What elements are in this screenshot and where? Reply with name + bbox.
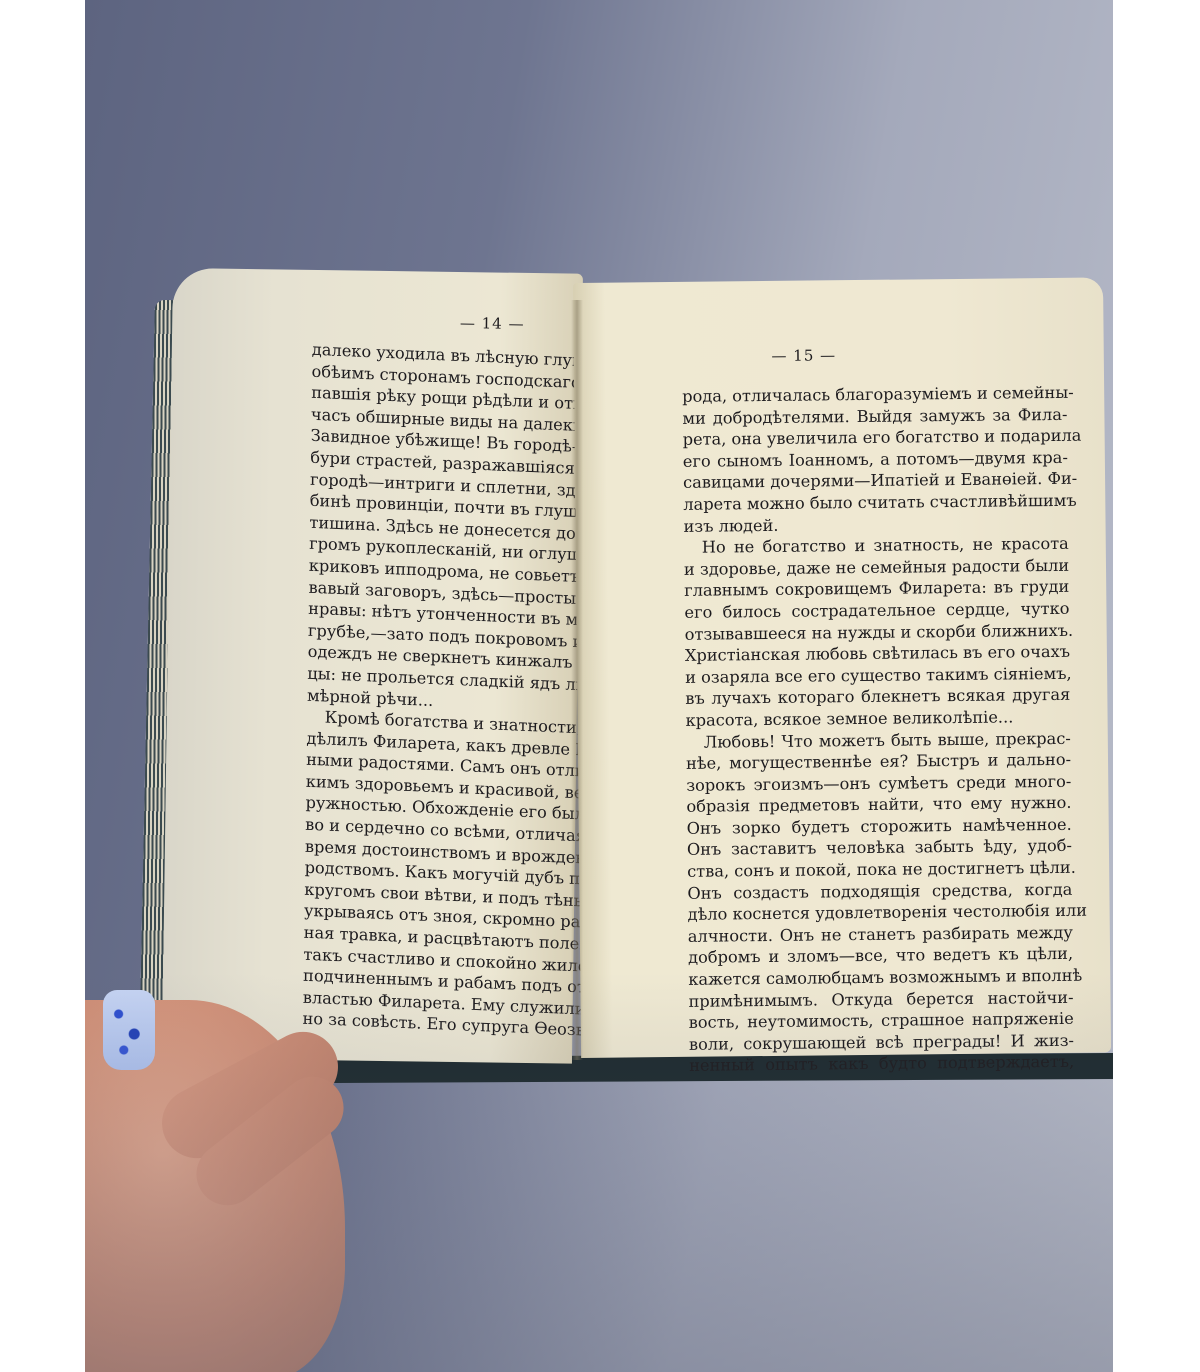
- left-page-text: далеко уходила въ лѣсную глушь. Лишь к о…: [302, 339, 612, 1043]
- text-line: воли, сокрушающей всѣ преграды! И жиз-: [689, 1030, 1074, 1056]
- text-line: вость, неутомимость, страшное напряженіе: [689, 1008, 1074, 1034]
- finger: [184, 1064, 356, 1218]
- book-cover-edge: [255, 1053, 1113, 1084]
- book-photo: — 14 — далеко уходила въ лѣсную глушь. Л…: [85, 0, 1113, 1372]
- right-page-text: рода, отличалась благоразуміемъ и семейн…: [682, 382, 1074, 1077]
- text-line: властью Филарета. Ему служили не за стра…: [303, 987, 603, 1021]
- book-gutter: [571, 300, 583, 1060]
- text-line: но за совѣсть. Его супруга Өеозва, знатн…: [302, 1008, 602, 1042]
- text-line: ларета можно было считать счастливѣйшимъ: [683, 490, 1068, 516]
- finger: [150, 1019, 351, 1170]
- text-line: кажется самолюбцамъ возможнымъ и вполнѣ: [688, 965, 1073, 991]
- text-line: ненный опытъ какъ будто подтверждаетъ,: [689, 1051, 1074, 1077]
- hand: [85, 1000, 345, 1372]
- page-number-left: — 14 —: [432, 314, 552, 334]
- left-page: — 14 — далеко уходила въ лѣсную глушь. Л…: [162, 268, 583, 1064]
- text-line: примѣнимымъ. Откуда берется настойчи-: [688, 986, 1073, 1012]
- painted-thumbnail: [103, 990, 155, 1070]
- right-page: — 15 — рода, отличалась благоразуміемъ и…: [573, 277, 1111, 1058]
- page-number-right: — 15 —: [744, 346, 864, 365]
